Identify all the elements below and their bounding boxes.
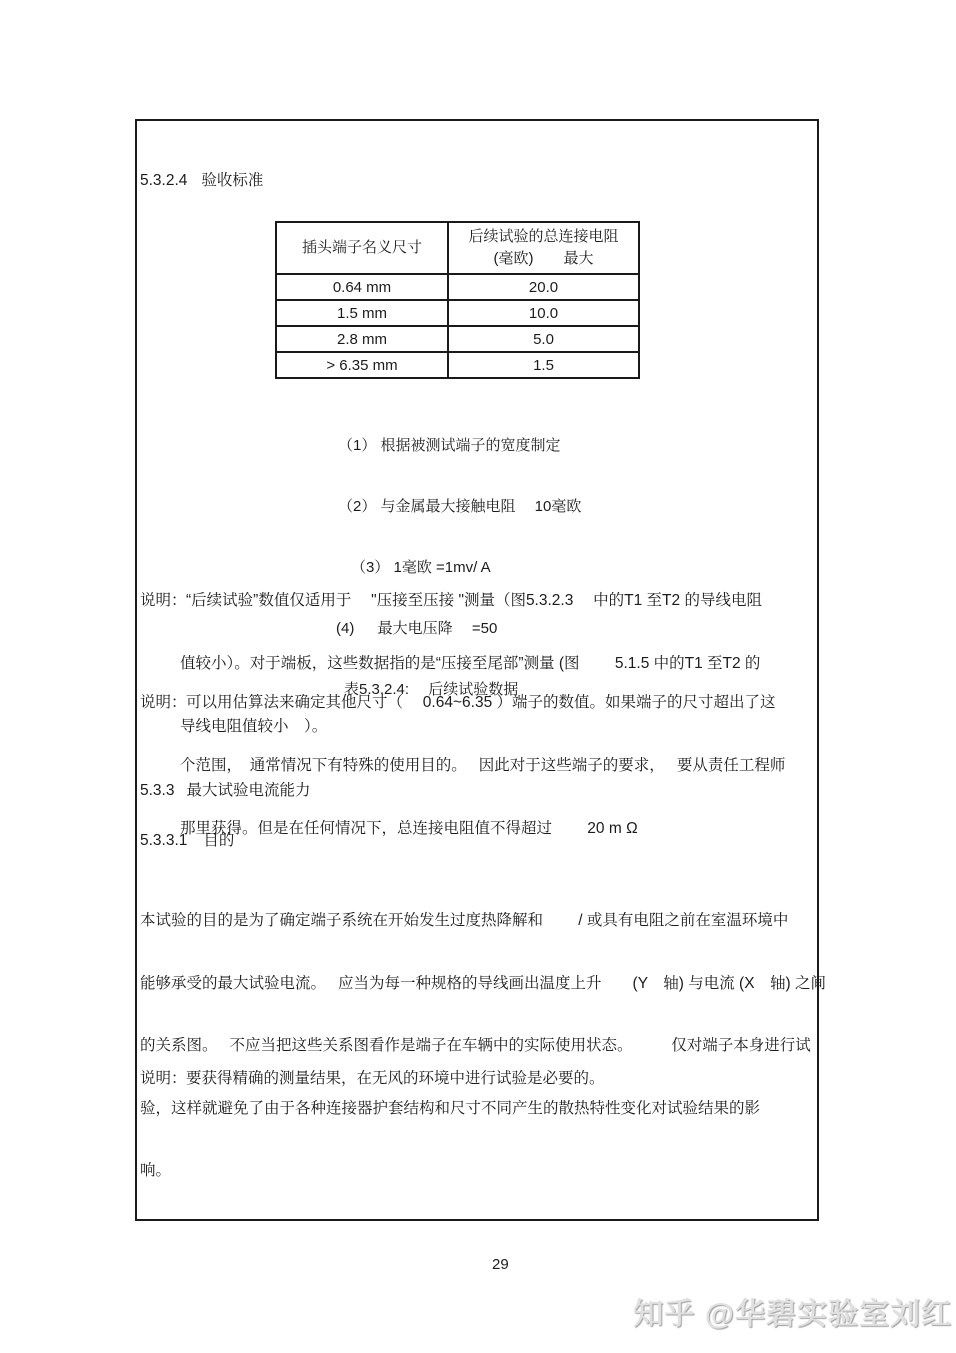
section-heading-5331: 5.3.3.1 目的: [140, 831, 234, 850]
remark-line: 说明： 要获得精确的测量结果，在无风的环境中进行试验是必要的。: [140, 1065, 605, 1092]
table-header-resistance-line2: (毫欧) 最大: [449, 248, 638, 270]
table-cell-size: 1.5 mm: [276, 300, 448, 326]
table-row: 1.5 mm 10.0: [276, 300, 639, 326]
body-line: 响。: [140, 1158, 826, 1185]
table-cell-resistance: 10.0: [448, 300, 639, 326]
page-number: 29: [492, 1256, 509, 1273]
section-number: 5.3.3: [140, 781, 174, 800]
table-header-row: 插头端子名义尺寸 后续试验的总连接电阻 (毫欧) 最大: [276, 222, 639, 274]
table-cell-size: > 6.35 mm: [276, 352, 448, 378]
table-cell-resistance: 1.5: [448, 352, 639, 378]
table-row: 2.8 mm 5.0: [276, 326, 639, 352]
remark-line: 说明： 可以用估算法来确定其他尺寸（ 0.64~6.35 ）端子的数值。如果端子…: [140, 689, 785, 716]
remark-text: 可以用估算法来确定其他尺寸（ 0.64~6.35 ）端子的数值。如果端子的尺寸超…: [186, 689, 776, 716]
remark-text: 要获得精确的测量结果，在无风的环境中进行试验是必要的。: [186, 1065, 605, 1092]
section-heading-5324: 5.3.2.4 验收标准: [140, 171, 263, 190]
table-header-size-label: 插头端子名义尺寸: [277, 237, 447, 259]
remark-label: 说明：: [140, 587, 186, 614]
remark-line: 个范围， 通常情况下有特殊的使用目的。 因此对于这些端子的要求， 要从责任工程师: [140, 752, 785, 779]
remark-text: “后续试验”数值仅适用于 "压接至压接 "测量（图5.3.2.3 中的T1 至T…: [186, 587, 762, 614]
body-line: 本试验的目的是为了确定端子系统在开始发生过度热降解和 / 或具有电阻之前在室温环…: [140, 908, 826, 935]
table-cell-resistance: 20.0: [448, 274, 639, 300]
table-cell-size: 0.64 mm: [276, 274, 448, 300]
table-row: 0.64 mm 20.0: [276, 274, 639, 300]
watermark: 知乎 @华碧实验室刘红: [633, 1289, 952, 1333]
section-title: 验收标准: [201, 171, 263, 190]
table-cell-resistance: 5.0: [448, 326, 639, 352]
remark-label: 说明：: [140, 689, 186, 716]
table-header-resistance-line1: 后续试验的总连接电阻: [449, 226, 638, 248]
table-header-resistance: 后续试验的总连接电阻 (毫欧) 最大: [448, 222, 639, 274]
document-page: 5.3.2.4 验收标准 插头端子名义尺寸 后续试验的总连接电阻 (毫欧) 最大…: [0, 0, 956, 1353]
section-number: 5.3.3.1: [140, 831, 187, 850]
table-cell-size: 2.8 mm: [276, 326, 448, 352]
section-heading-533: 5.3.3 最大试验电流能力: [140, 781, 311, 800]
remark-line: 那里获得。但是在任何情况下，总连接电阻值不得超过 20 m Ω: [140, 815, 785, 842]
section-title: 最大试验电流能力: [186, 781, 310, 800]
table-row: > 6.35 mm 1.5: [276, 352, 639, 378]
footnote-1: （1） 根据被测试端子的宽度制定: [338, 432, 581, 459]
body-line: 能够承受的最大试验电流。 应当为每一种规格的导线画出温度上升 (Y 轴) 与电流…: [140, 971, 826, 998]
resistance-table: 插头端子名义尺寸 后续试验的总连接电阻 (毫欧) 最大 0.64 mm 20.0…: [275, 221, 640, 379]
footnote-2: （2） 与金属最大接触电阻 10毫欧: [338, 493, 581, 520]
remark-block-3: 说明： 要获得精确的测量结果，在无风的环境中进行试验是必要的。: [140, 1029, 605, 1128]
table-header-size: 插头端子名义尺寸: [276, 222, 448, 274]
remark-block-2: 说明： 可以用估算法来确定其他尺寸（ 0.64~6.35 ）端子的数值。如果端子…: [140, 653, 785, 878]
remark-label: 说明：: [140, 1065, 186, 1092]
remark-line: 说明： “后续试验”数值仅适用于 "压接至压接 "测量（图5.3.2.3 中的T…: [140, 587, 762, 614]
section-number: 5.3.2.4: [140, 171, 187, 190]
section-title: 目的: [203, 831, 234, 850]
